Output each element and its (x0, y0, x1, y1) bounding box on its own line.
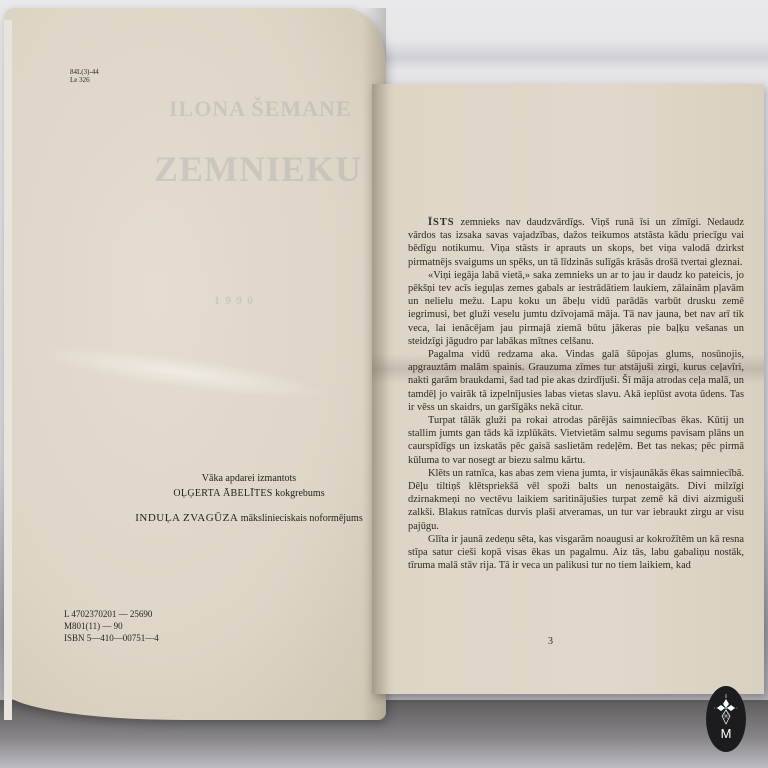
credits-line-2: OĻĢERTA ĀBELĪTES kokgrebums (104, 486, 394, 501)
credits-line-3: INDUĻA ZVAGŪZA mākslinieciskais noformēj… (104, 511, 394, 526)
watermark-badge: M (706, 686, 746, 752)
floral-monogram-icon: M (706, 686, 746, 752)
paragraph: Pagalma vidū redzama aka. Vindas galā šū… (408, 348, 744, 414)
pub-row-2: M801(11) — 90 (64, 620, 159, 632)
bleed-through-title: ZEMNIEKU (154, 148, 362, 190)
pub-row-1: L 4702370201 — 25690 (64, 608, 159, 620)
cover-artist-role: kokgrebums (275, 488, 324, 499)
bleed-through-year: 1 9 9 0 (214, 293, 254, 308)
pub-code: L 4702370201 — 256 (64, 609, 143, 619)
paragraph: Klēts un ratnīca, kas abas zem viena jum… (408, 467, 744, 533)
right-page: ĪSTS zemnieks nav daudzvārdīgs. Viņš run… (372, 84, 764, 694)
pub-code-suffix: 90 (143, 609, 152, 619)
catalog-code: 84L(3)-44 Le 326 (70, 68, 99, 84)
designer-name: INDUĻA ZVAGŪZA (135, 512, 238, 524)
publication-info: L 4702370201 — 25690 M801(11) — 90 ISBN … (64, 608, 159, 644)
page-edge (4, 20, 12, 720)
page-number: 3 (548, 636, 553, 647)
paragraph: «Viņi iegāja labā vietā,» saka zemnieks … (408, 269, 744, 348)
credits-line-1: Vāka apdarei izmantots (104, 471, 394, 486)
body-text: ĪSTS zemnieks nav daudzvārdīgs. Viņš run… (408, 216, 744, 572)
paragraph: Glīta ir jaunā zedeņu sēta, kas visgarām… (408, 533, 744, 573)
svg-text:M: M (721, 726, 732, 741)
page-crease (33, 337, 334, 408)
bleed-through-author: ILONA ŠEMANE (169, 96, 352, 122)
paragraph: ĪSTS zemnieks nav daudzvārdīgs. Viņš run… (408, 216, 744, 269)
designer-role: mākslinieciskais noformējums (241, 513, 363, 524)
paragraph: Turpat tālāk gluži pa rokai atrodas pārē… (408, 414, 744, 467)
drop-word: ĪSTS (428, 217, 455, 228)
credits-block: Vāka apdarei izmantots OĻĢERTA ĀBELĪTES … (104, 471, 394, 526)
isbn: ISBN 5—410—00751—4 (64, 632, 159, 644)
catalog-code-line-1: 84L(3)-44 (70, 68, 99, 76)
catalog-code-line-2: Le 326 (70, 76, 99, 84)
cover-artist-name: OĻĢERTA ĀBELĪTES (173, 488, 272, 499)
left-page: 84L(3)-44 Le 326 ILONA ŠEMANE ZEMNIEKU 1… (4, 8, 386, 720)
